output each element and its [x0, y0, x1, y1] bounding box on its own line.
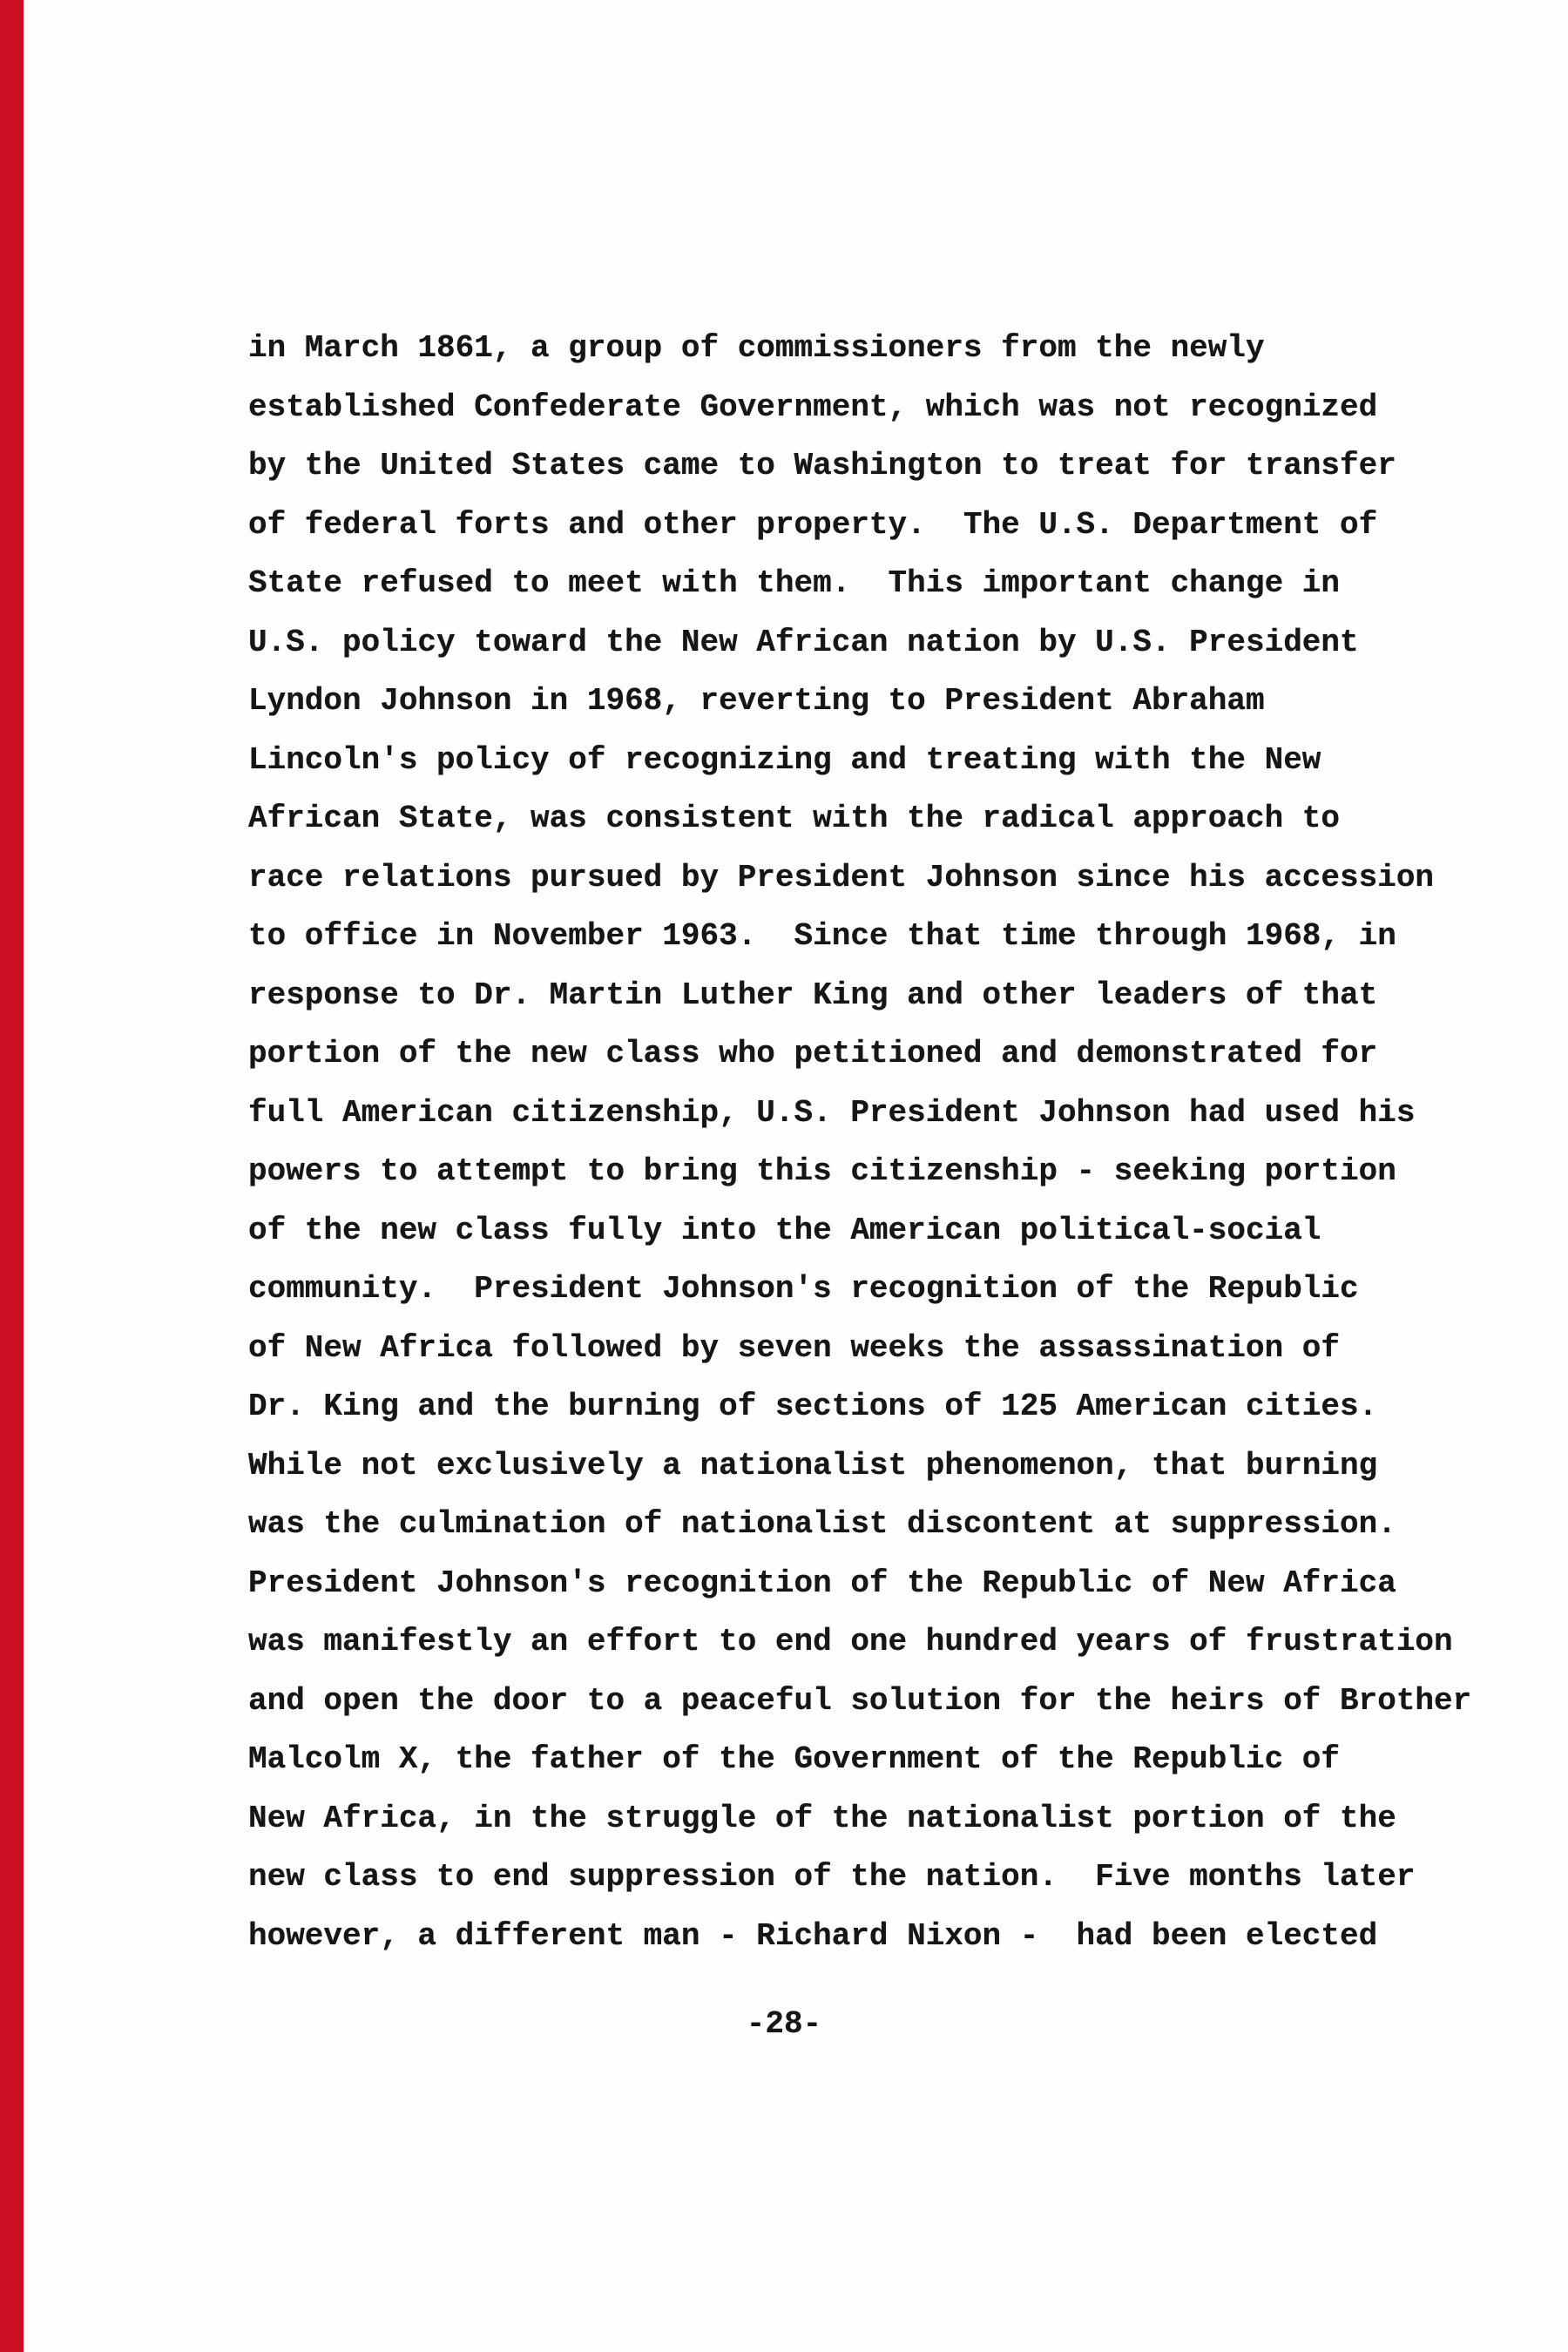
document-page: in March 1861, a group of commissioners … [0, 0, 1568, 2352]
text-line: Dr. King and the burning of sections of … [248, 1377, 1520, 1436]
text-line: to office in November 1963. Since that t… [248, 907, 1520, 966]
body-text: in March 1861, a group of commissioners … [248, 319, 1520, 1965]
text-line: was the culmination of nationalist disco… [248, 1495, 1520, 1554]
text-line: and open the door to a peaceful solution… [248, 1672, 1520, 1731]
text-line: new class to end suppression of the nati… [248, 1848, 1520, 1907]
page-number: -28- [0, 1995, 1568, 2054]
text-line: Malcolm X, the father of the Government … [248, 1730, 1520, 1789]
text-line: race relations pursued by President John… [248, 848, 1520, 908]
text-line: Lyndon Johnson in 1968, reverting to Pre… [248, 672, 1520, 731]
text-line: full American citizenship, U.S. Presiden… [248, 1084, 1520, 1143]
text-line: by the United States came to Washington … [248, 436, 1520, 496]
text-line: of federal forts and other property. The… [248, 496, 1520, 555]
text-line: was manifestly an effort to end one hund… [248, 1612, 1520, 1672]
text-line: New Africa, in the struggle of the natio… [248, 1789, 1520, 1848]
text-line: in March 1861, a group of commissioners … [248, 319, 1520, 378]
text-line: While not exclusively a nationalist phen… [248, 1436, 1520, 1496]
text-line: African State, was consistent with the r… [248, 789, 1520, 848]
text-line: U.S. policy toward the New African natio… [248, 613, 1520, 672]
text-line: powers to attempt to bring this citizens… [248, 1142, 1520, 1201]
text-line: however, a different man - Richard Nixon… [248, 1907, 1520, 1966]
text-line: Lincoln's policy of recognizing and trea… [248, 731, 1520, 790]
text-line: of New Africa followed by seven weeks th… [248, 1319, 1520, 1378]
text-line: State refused to meet with them. This im… [248, 554, 1520, 613]
text-line: of the new class fully into the American… [248, 1201, 1520, 1260]
text-line: established Confederate Government, whic… [248, 378, 1520, 437]
text-line: President Johnson's recognition of the R… [248, 1554, 1520, 1613]
text-line: portion of the new class who petitioned … [248, 1024, 1520, 1084]
text-line: community. President Johnson's recogniti… [248, 1260, 1520, 1319]
text-line: response to Dr. Martin Luther King and o… [248, 966, 1520, 1025]
